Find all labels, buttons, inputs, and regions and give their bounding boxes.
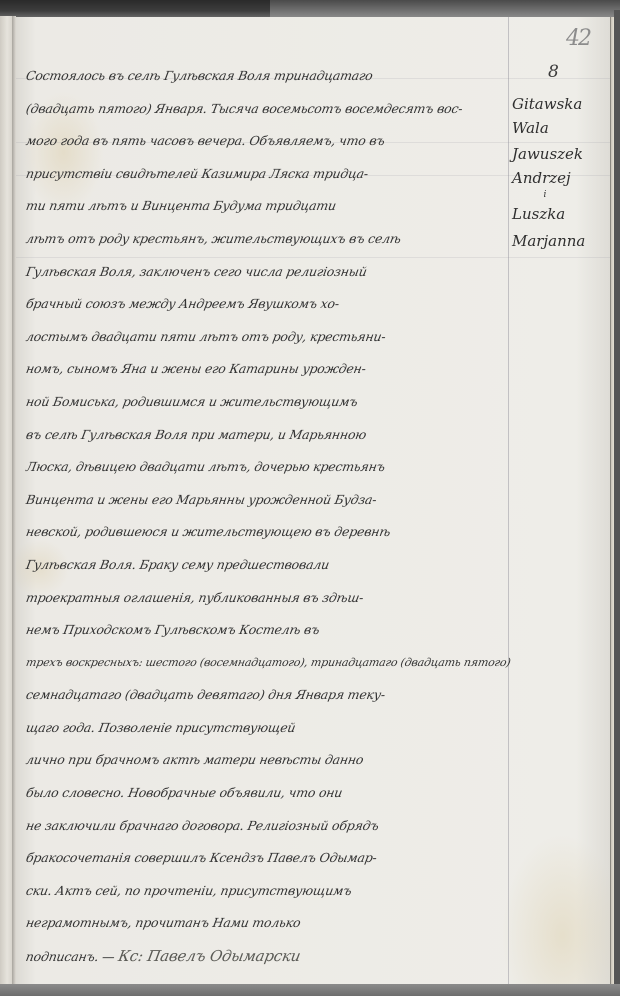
body-line: Люска, дѣвицею двадцати лѣтъ, дочерью кр…	[23, 451, 513, 484]
margin-name-groom-given: Andrzej	[510, 168, 610, 188]
binding-shadow	[0, 0, 270, 18]
body-line: въ селѣ Гулѣвская Воля при матери, и Мар…	[23, 419, 513, 452]
scan-frame: 42 8 Gitawska Wala Jawuszek Andrzej i Lu…	[0, 0, 620, 996]
body-line: троекратныя оглашенія, публикованныя въ …	[23, 582, 513, 615]
body-line: Гулѣвская Воля. Браку сему предшествовал…	[23, 549, 513, 582]
body-line: щаго года. Позволеніе присутствующей	[23, 712, 513, 745]
body-line: неграмотнымъ, прочитанъ Нами только	[23, 907, 513, 940]
body-line: семнадцатаго (двадцать девятаго) дня Янв…	[23, 679, 513, 712]
margin-name-conjunction: i	[510, 188, 580, 202]
body-line: было словесно. Новобрачные объявили, что…	[23, 777, 513, 810]
body-line: ти пяти лѣтъ и Винцента Будума тридцати	[23, 190, 513, 223]
scanner-bottom-border	[0, 984, 620, 996]
margin-name-groom-surname: Jawuszek	[510, 140, 610, 168]
body-line: номъ, сыномъ Яна и жены его Катарины уро…	[23, 353, 513, 386]
body-line: лѣтъ отъ роду крестьянъ, жительствующихъ…	[23, 223, 513, 256]
margin-name-bride-surname: Gitawska	[510, 92, 610, 116]
page-number: 42	[566, 26, 590, 51]
body-line: немъ Приходскомъ Гулѣвскомъ Костелѣ въ	[23, 614, 513, 647]
body-line: Винцента и жены его Марьянны урожденной …	[23, 484, 513, 517]
body-line: мого года въ пять часовъ вечера. Объявля…	[23, 125, 513, 158]
body-line: лостымъ двадцати пяти лѣтъ отъ роду, кре…	[23, 321, 513, 354]
margin-name-bride-given: Marjanna	[510, 226, 610, 256]
body-line: трехъ воскресныхъ: шестого (восемнадцато…	[23, 647, 513, 680]
body-line: присутствіи свидѣтелей Казимира Ляска тр…	[23, 158, 513, 191]
entry-number: 8	[548, 62, 559, 82]
closing-word: подписанъ.	[25, 949, 100, 964]
body-line: Состоялось въ селѣ Гулѣвская Воля тринад…	[23, 60, 513, 93]
body-line: бракосочетанія совершилъ Ксендзъ Павелъ …	[23, 842, 513, 875]
priest-signature: Кс: Павелъ Одымарски	[117, 947, 302, 965]
entry-body: Состоялось въ селѣ Гулѣвская Воля тринад…	[26, 60, 510, 973]
body-line: ски. Актъ сей, по прочтеніи, присутствую…	[23, 875, 513, 908]
body-line: (двадцать пятого) Января. Тысяча восемьс…	[23, 93, 513, 126]
body-line: не заключили брачнаго договора. Религіоз…	[23, 810, 513, 843]
body-line: ной Бомиська, родившимся и жительствующи…	[23, 386, 513, 419]
scanner-right-border	[614, 10, 620, 996]
margin-name-village: Wala	[510, 116, 610, 140]
signature-line: подписанъ. — Кс: Павелъ Одымарски	[23, 940, 513, 973]
margin-name-bride-surname-2: Luszka	[510, 202, 610, 226]
body-line: невской, родившеюся и жительствующею въ …	[23, 516, 513, 549]
body-line: лично при брачномъ актѣ матери невѣсты д…	[23, 744, 513, 777]
body-line: брачный союзъ между Андреемъ Явушкомъ хо…	[23, 288, 513, 321]
body-line: Гулѣвская Воля, заключенъ сего числа рел…	[23, 256, 513, 289]
margin-names-column: Gitawska Wala Jawuszek Andrzej i Luszka …	[510, 92, 610, 256]
